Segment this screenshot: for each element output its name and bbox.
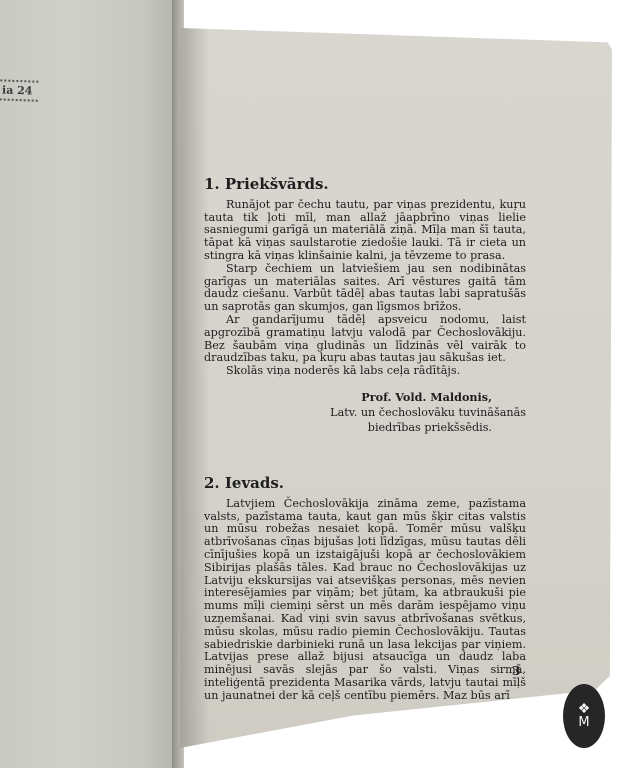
signature-role: Latv. un čechoslovāku tuvināšanās <box>204 405 526 420</box>
section-foreword: 1. Priekšvārds. Runājot par čechu tautu,… <box>204 178 526 435</box>
signature: Prof. Vold. Maldonis, Latv. un čechoslov… <box>204 390 526 435</box>
left-page-label: ia 24 <box>0 79 39 101</box>
signature-name: Prof. Vold. Maldonis, <box>204 390 526 405</box>
section-heading: 2. Ievads. <box>204 477 526 490</box>
section-heading: 1. Priekšvārds. <box>204 178 526 191</box>
paragraph: Starp čechiem un latviešiem jau sen nodi… <box>204 263 526 314</box>
paragraph: Skolās viņa noderēs kā labs ceļa rādītāj… <box>204 365 526 378</box>
watermark-logo: ❖ M <box>563 684 605 748</box>
paragraph: Ar gandarījumu tādēļ apsveicu nodomu, la… <box>204 314 526 365</box>
paragraph: Latvjiem Čechoslovākija zināma zeme, paz… <box>204 498 526 703</box>
left-page: ia 24 <box>0 0 176 768</box>
page-number: 3 <box>512 664 520 678</box>
signature-role-cont: biedrības priekšsēdis. <box>204 420 526 435</box>
logo-letter: M <box>578 716 589 730</box>
page-content: 1. Priekšvārds. Runājot par čechu tautu,… <box>204 178 526 703</box>
section-introduction: 2. Ievads. Latvjiem Čechoslovākija zinām… <box>204 477 526 703</box>
diamond-ornament-icon: ❖ <box>578 702 591 716</box>
paragraph: Runājot par čechu tautu, par viņas prezi… <box>204 199 526 263</box>
